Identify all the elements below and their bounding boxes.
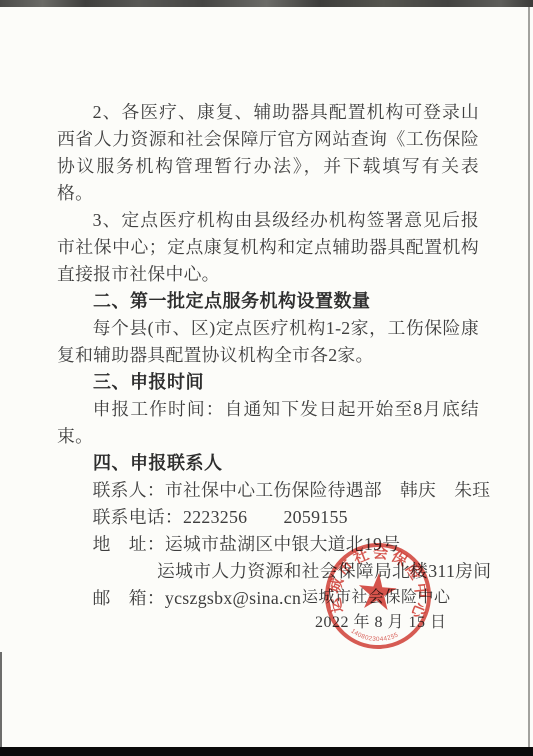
contact-phone-line: 联系电话：2223256 2059155	[57, 504, 479, 531]
scanned-document-page: 2、各医疗、康复、辅助器具配置机构可登录山西省人力资源和社会保障厅官方网站查询《…	[0, 0, 533, 756]
scan-edge-bottom	[0, 747, 533, 756]
document-body: 2、各医疗、康复、辅助器具配置机构可登录山西省人力资源和社会保障厅官方网站查询《…	[57, 99, 479, 612]
scan-edge-right	[528, 7, 530, 747]
paragraph-item-3: 3、定点医疗机构由县级经办机构签署意见后报市社保中心；定点康复机构和定点辅助器具…	[57, 207, 479, 288]
seal-star-icon	[357, 571, 398, 610]
section-heading-time: 三、申报时间	[57, 369, 479, 396]
paragraph-time: 申报工作时间：自通知下发日起开始至8月底结束。	[57, 396, 479, 450]
section-heading-contacts: 四、申报联系人	[57, 450, 479, 477]
scan-edge-top	[0, 0, 533, 7]
paragraph-quantity: 每个县(市、区)定点医疗机构1-2家，工伤保险康复和辅助器具配置协议机构全市各2…	[57, 315, 479, 369]
paragraph-item-2: 2、各医疗、康复、辅助器具配置机构可登录山西省人力资源和社会保障厅官方网站查询《…	[57, 99, 479, 207]
official-seal: 运城市社会保险中心 1408023044255	[313, 531, 443, 661]
scan-edge-left	[0, 652, 2, 747]
contact-person-line: 联系人：市社保中心工伤保险待遇部 韩庆 朱珏	[57, 477, 479, 504]
section-heading-quantity: 二、第一批定点服务机构设置数量	[57, 288, 479, 315]
